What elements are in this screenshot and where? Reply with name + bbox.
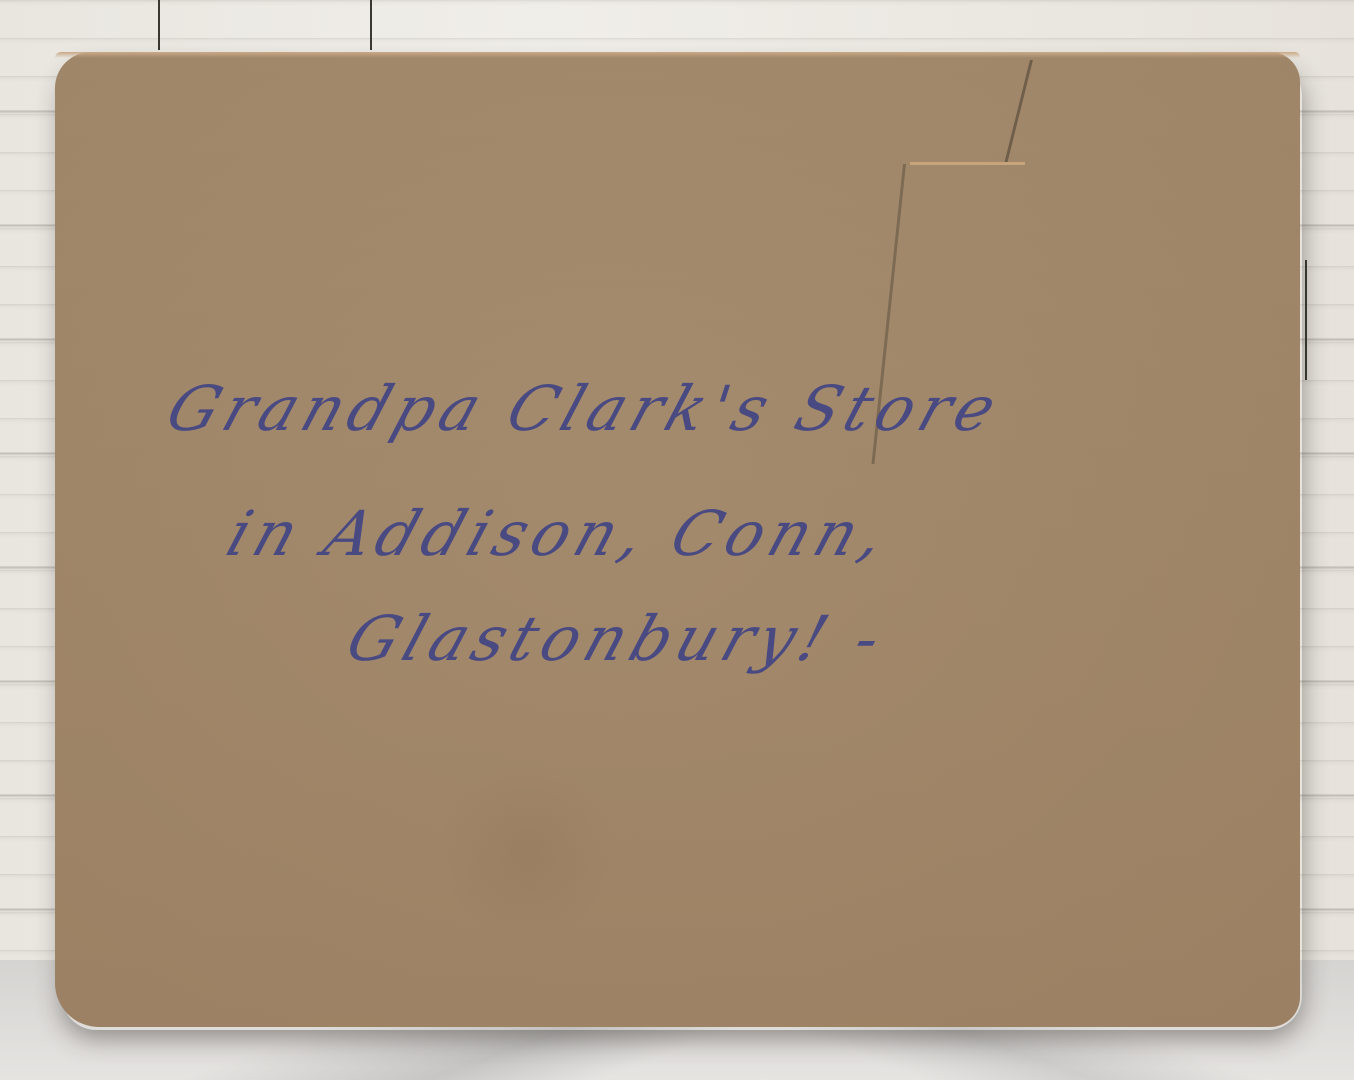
card-tear — [910, 162, 1025, 165]
inscription-line-2: in Addison, Conn, — [218, 497, 900, 570]
card-tear — [1004, 60, 1033, 164]
wood-crack — [370, 0, 372, 50]
worn-edge — [55, 52, 1300, 58]
wood-crack — [158, 0, 160, 50]
inscription-line-3: Glastonbury! - — [338, 602, 896, 675]
inscription-line-1: Grandpa Clark's Store — [158, 372, 1011, 445]
photo-mount-card: Grandpa Clark's Store in Addison, Conn, … — [55, 52, 1300, 1027]
wood-crack — [1305, 260, 1307, 380]
